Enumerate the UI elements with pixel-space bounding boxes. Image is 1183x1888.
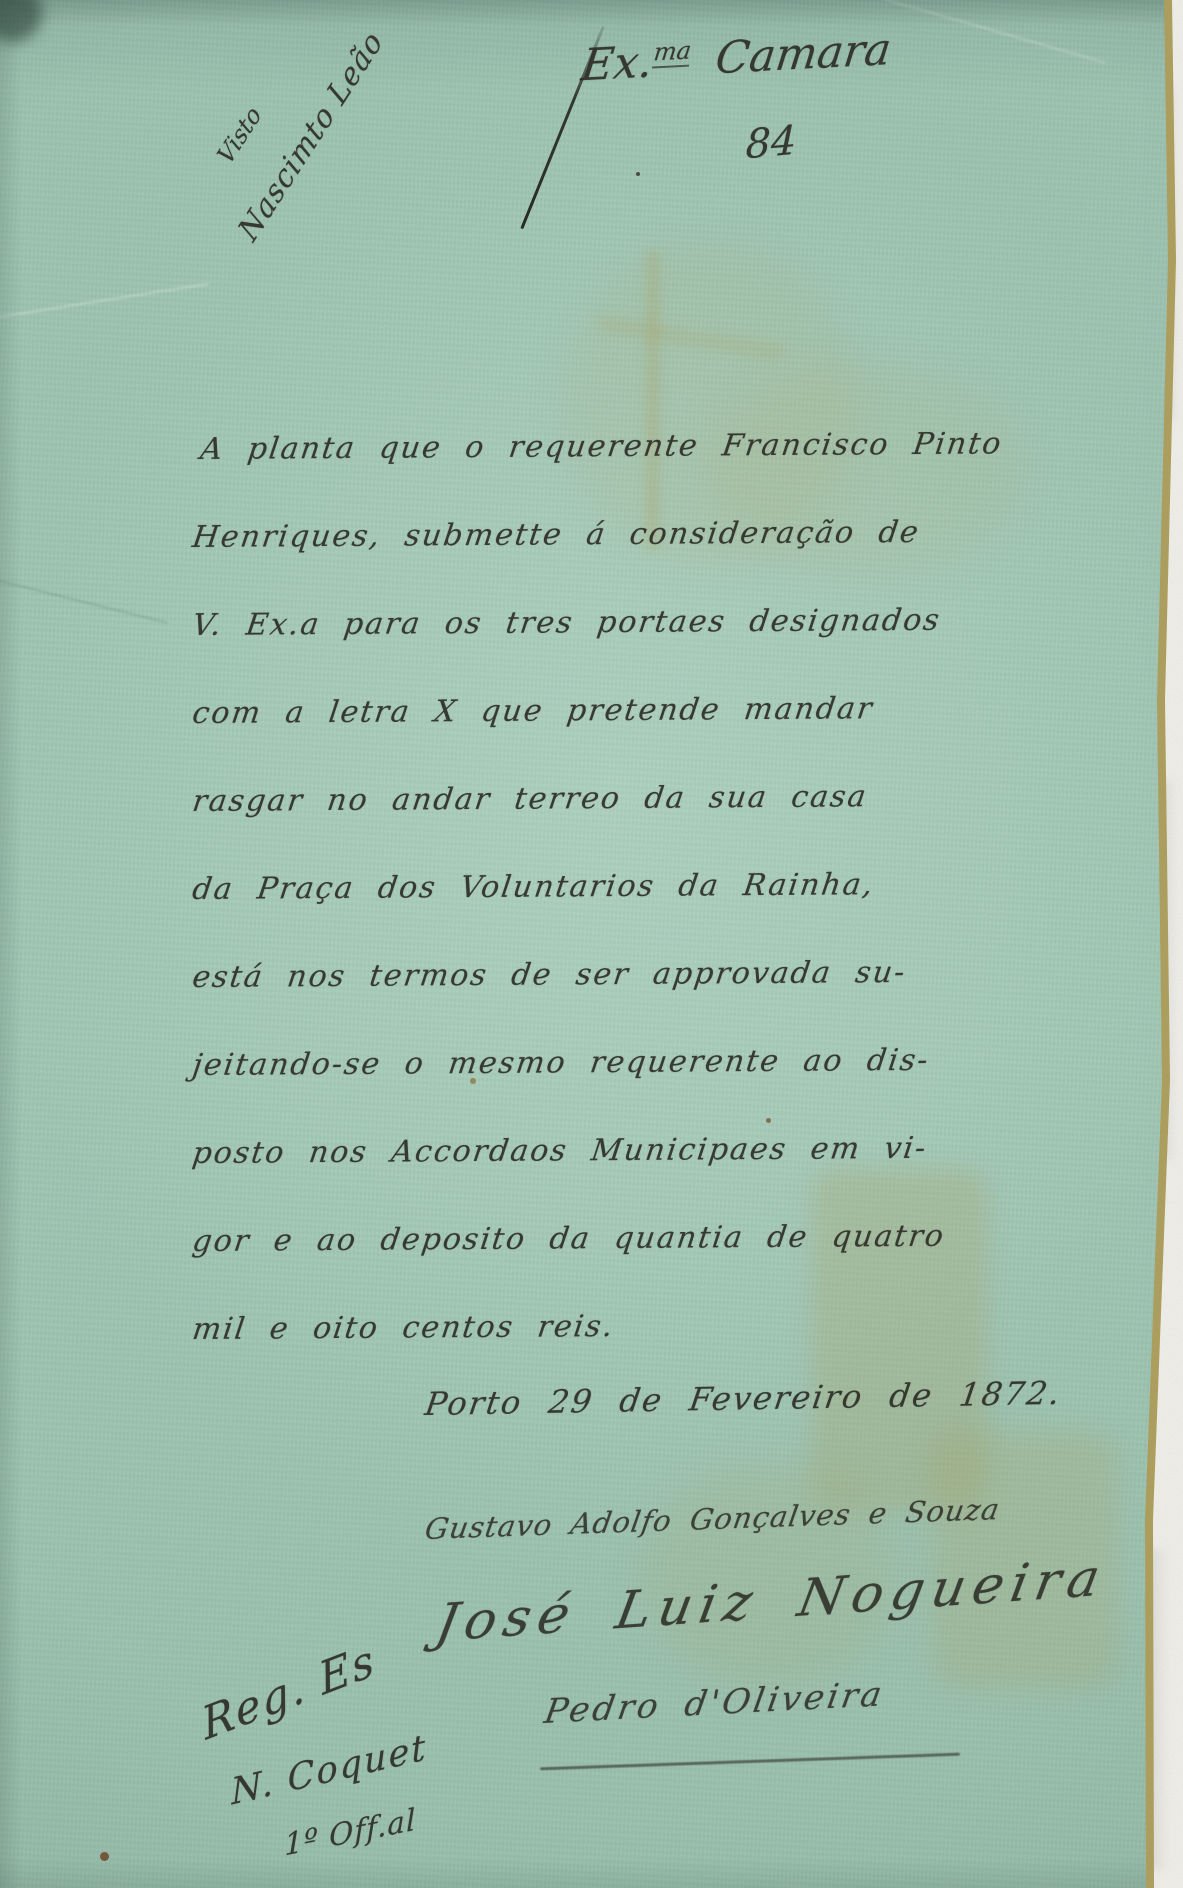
body-line: A planta que o requerente Francisco Pint… xyxy=(198,426,1004,467)
heading-word: Camara xyxy=(713,24,894,85)
ink-spot xyxy=(766,1118,771,1123)
body-line: da Praça dos Voluntarios da Rainha, xyxy=(190,867,876,907)
body-line: Henriques, submette á consideração de xyxy=(190,515,922,555)
body-line: posto nos Accordaos Municipaes em vi- xyxy=(190,1131,929,1171)
document-number: 84 xyxy=(745,118,797,169)
scanned-document-page: { "document": { "kind": "handwritten mun… xyxy=(0,0,1183,1888)
body-line: está nos termos de ser approvada su- xyxy=(190,955,908,995)
heading-superscript: ma xyxy=(652,37,693,69)
body-line: V. Ex.a para os tres portaes designados xyxy=(190,603,943,643)
body-line: jeitando-se o mesmo requerente ao dis- xyxy=(190,1043,932,1083)
heading-prefix: Ex. xyxy=(579,36,656,91)
body-line: rasgar no andar terreo da sua casa xyxy=(190,779,870,819)
body-line: com a letra X que pretende mandar xyxy=(190,691,875,731)
ink-spot xyxy=(100,1852,109,1861)
body-line: gor e ao deposito da quantia de quatro xyxy=(190,1219,947,1259)
ink-spot xyxy=(636,172,640,176)
body-line: mil e oito centos reis. xyxy=(190,1309,616,1347)
